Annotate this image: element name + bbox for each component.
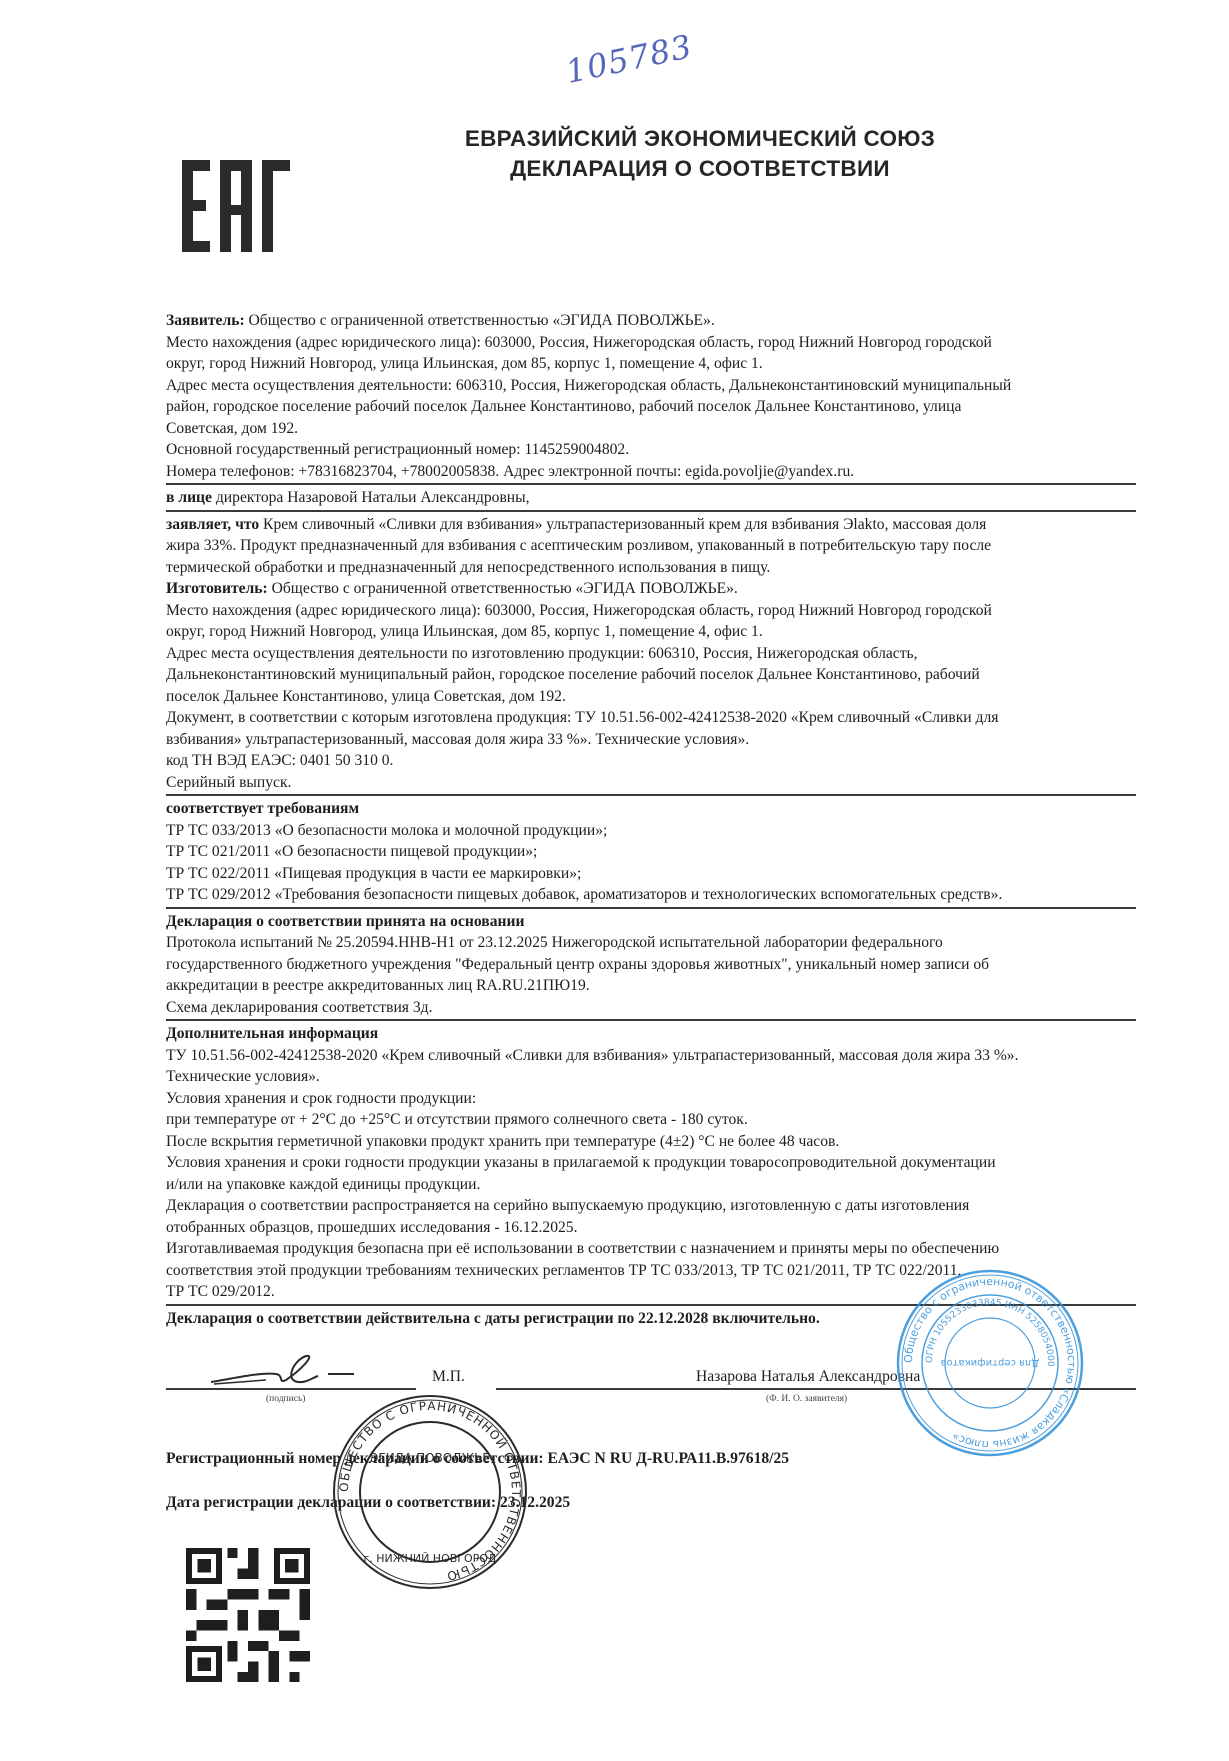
standard-document-2: взбивания» ультрапастеризованный, массов… [166,729,1136,751]
signature-line [166,1388,416,1390]
company-stamp-bottom-text: г. НИЖНИЙ НОВГОРОД [363,1552,496,1565]
manufacturer-name: Общество с ограниченной ответственностью… [268,580,738,597]
basis-line-3: аккредитации в реестре аккредитованных л… [166,975,1136,997]
qr-code-icon[interactable] [186,1546,310,1684]
certification-stamp-icon: Общество с ограниченной ответственностью… [895,1268,1085,1458]
requirement-item: ТР ТС 033/2013 «О безопасности молока и … [166,820,1136,842]
applicant-contacts: Номера телефонов: +78316823704, +7800200… [166,461,1136,483]
additional-line: Условия хранения и срок годности продукц… [166,1088,1136,1110]
product-text-1: Крем сливочный «Сливки для взбивания» ул… [259,516,986,533]
declares-label: заявляет, что [166,516,259,533]
applicant-label: Заявитель: [166,312,245,329]
additional-line: Декларация о соответствии распространяет… [166,1195,1136,1217]
applicant-name: Общество с ограниченной ответственностью… [245,312,715,329]
basis-heading: Декларация о соответствии принята на осн… [166,913,524,930]
requirement-item: ТР ТС 021/2011 «О безопасности пищевой п… [166,841,1136,863]
signature-scribble-icon [206,1350,356,1390]
additional-heading: Дополнительная информация [166,1025,378,1042]
additional-line: Изготавливаемая продукция безопасна при … [166,1238,1136,1260]
applicant-activity-address-2: район, городское поселение рабочий посел… [166,396,1136,418]
additional-line: при температуре от + 2°С до +25°С и отсу… [166,1109,1136,1131]
hs-code: код ТН ВЭД ЕАЭС: 0401 50 310 0. [166,750,1136,772]
basis-line-1: Протокола испытаний № 25.20594.ННВ-Н1 от… [166,932,1136,954]
validity-statement: Декларация о соответствии действительна … [166,1310,820,1327]
signature-caption: (подпись) [266,1394,305,1404]
document-header: ЕВРАЗИЙСКИЙ ЭКОНОМИЧЕСКИЙ СОЮЗ ДЕКЛАРАЦИ… [440,124,960,184]
applicant-activity-address-3: Советская, дом 192. [166,418,1136,440]
additional-line: Технические условия». [166,1066,1136,1088]
svg-text:ОГРН 1055233033845 ИНН 5258054: ОГРН 1055233033845 ИНН 5258054000 [925,1298,1055,1367]
company-stamp-center-text: ЭГИДА ПОВОЛЖЬЕ [370,1451,490,1465]
production-address-1: Адрес места осуществления деятельности п… [166,643,1136,665]
declaration-line-1: заявляет, что Крем сливочный «Сливки для… [166,514,1136,536]
requirements-heading: соответствует требованиям [166,800,359,817]
manufacturer-legal-address-1: Место нахождения (адрес юридического лиц… [166,600,1136,622]
applicant-activity-address-1: Адрес места осуществления деятельности: … [166,375,1136,397]
standard-document-1: Документ, в соответствии с которым изгот… [166,707,1136,729]
represented-label: в лице [166,489,212,506]
applicant-ogrn: Основной государственный регистрационный… [166,439,1136,461]
divider [166,510,1136,512]
signer-name: Назарова Наталья Александровна [696,1368,920,1386]
manufacturer-label: Изготовитель: [166,580,268,597]
requirement-item: ТР ТС 029/2012 «Требования безопасности … [166,884,1136,906]
divider [166,907,1136,909]
signer-caption: (Ф. И. О. заявителя) [766,1394,847,1404]
seal-place-label: М.П. [432,1368,465,1386]
certification-stamp-center-text: Для сертификатов [941,1357,1040,1368]
product-text-2: жира 33%. Продукт предназначенный для вз… [166,535,1136,557]
manufacturer-legal-address-2: округ, город Нижний Новгород, улица Ильи… [166,621,1136,643]
certification-stamp-inner-text: ОГРН 1055233033845 ИНН 5258054000 [925,1298,1055,1367]
handwritten-note: 105783 [562,27,695,91]
divider [166,483,1136,485]
manufacturer-line: Изготовитель: Общество с ограниченной от… [166,578,1136,600]
production-address-3: поселок Дальнее Константиново, улица Сов… [166,686,1136,708]
applicant-legal-address-1: Место нахождения (адрес юридического лиц… [166,332,1136,354]
eac-logo-icon [182,160,290,252]
production-address-2: Дальнеконстантиновский муниципальный рай… [166,664,1136,686]
additional-line: отобранных образцов, прошедших исследова… [166,1217,1136,1239]
represented-line: в лице директора Назаровой Натальи Алекс… [166,487,1136,509]
additional-line: и/или на упаковке каждой единицы продукц… [166,1174,1136,1196]
header-union: ЕВРАЗИЙСКИЙ ЭКОНОМИЧЕСКИЙ СОЮЗ [440,124,960,154]
header-declaration: ДЕКЛАРАЦИЯ О СООТВЕТСТВИИ [440,154,960,184]
declaration-scheme: Схема декларирования соответствия 3д. [166,997,1136,1019]
product-text-3: термической обработки и предназначенный … [166,557,1136,579]
divider [166,1019,1136,1021]
additional-line: Условия хранения и сроки годности продук… [166,1152,1136,1174]
company-stamp-icon: ОБЩЕСТВО С ОГРАНИЧЕННОЙ ОТВЕТСТВЕННОСТЬЮ… [330,1392,530,1592]
additional-line: ТУ 10.51.56-002-42412538-2020 «Крем слив… [166,1045,1136,1067]
release-type: Серийный выпуск. [166,772,1136,794]
additional-line: После вскрытия герметичной упаковки прод… [166,1131,1136,1153]
applicant-line: Заявитель: Общество с ограниченной ответ… [166,310,1136,332]
divider [166,794,1136,796]
document-body: Заявитель: Общество с ограниченной ответ… [166,310,1136,1329]
basis-line-2: государственного бюджетного учреждения "… [166,954,1136,976]
represented-by: директора Назаровой Натальи Александровн… [212,489,530,506]
applicant-legal-address-2: округ, город Нижний Новгород, улица Ильи… [166,353,1136,375]
requirement-item: ТР ТС 022/2011 «Пищевая продукция в част… [166,863,1136,885]
